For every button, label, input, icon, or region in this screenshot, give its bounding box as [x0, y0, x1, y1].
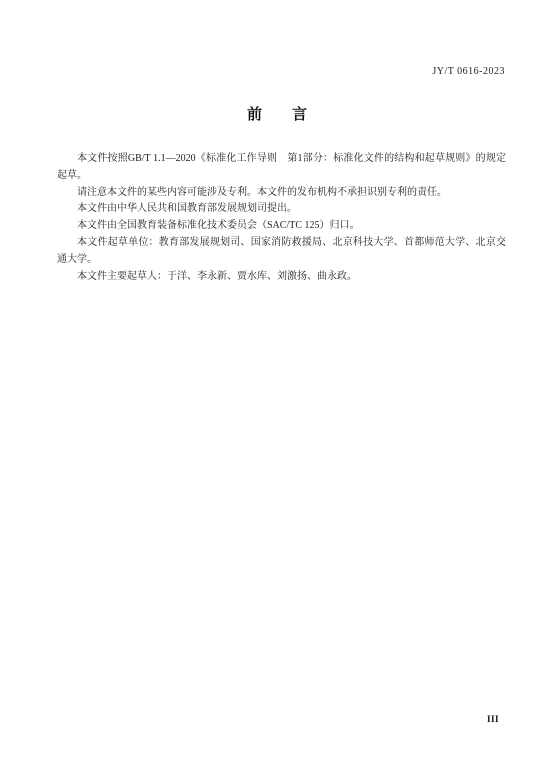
page-title: 前 言	[0, 106, 554, 124]
foreword-body: 本文件按照GB/T 1.1—2020《标准化工作导则 第1部分：标准化文件的结构…	[57, 151, 506, 285]
standard-number: JY/T 0616-2023	[432, 66, 505, 77]
document-page: JY/T 0616-2023 前 言 本文件按照GB/T 1.1—2020《标准…	[0, 0, 554, 783]
page-number: III	[487, 714, 499, 724]
foreword-paragraph-basis: 本文件按照GB/T 1.1—2020《标准化工作导则 第1部分：标准化文件的结构…	[57, 151, 506, 185]
foreword-paragraph-main-drafters: 本文件主要起草人：于洋、李永新、贾水库、刘激扬、曲永政。	[57, 269, 506, 286]
foreword-paragraph-patent-notice: 请注意本文件的某些内容可能涉及专利。本文件的发布机构不承担识别专利的责任。	[57, 185, 506, 202]
foreword-paragraph-drafting-organizations: 本文件起草单位：教育部发展规划司、国家消防救援局、北京科技大学、首都师范大学、北…	[57, 235, 506, 269]
foreword-paragraph-proposed-by: 本文件由中华人民共和国教育部发展规划司提出。	[57, 201, 506, 218]
foreword-paragraph-centralized-by: 本文件由全国教育装备标准化技术委员会（SAC/TC 125）归口。	[57, 218, 506, 235]
